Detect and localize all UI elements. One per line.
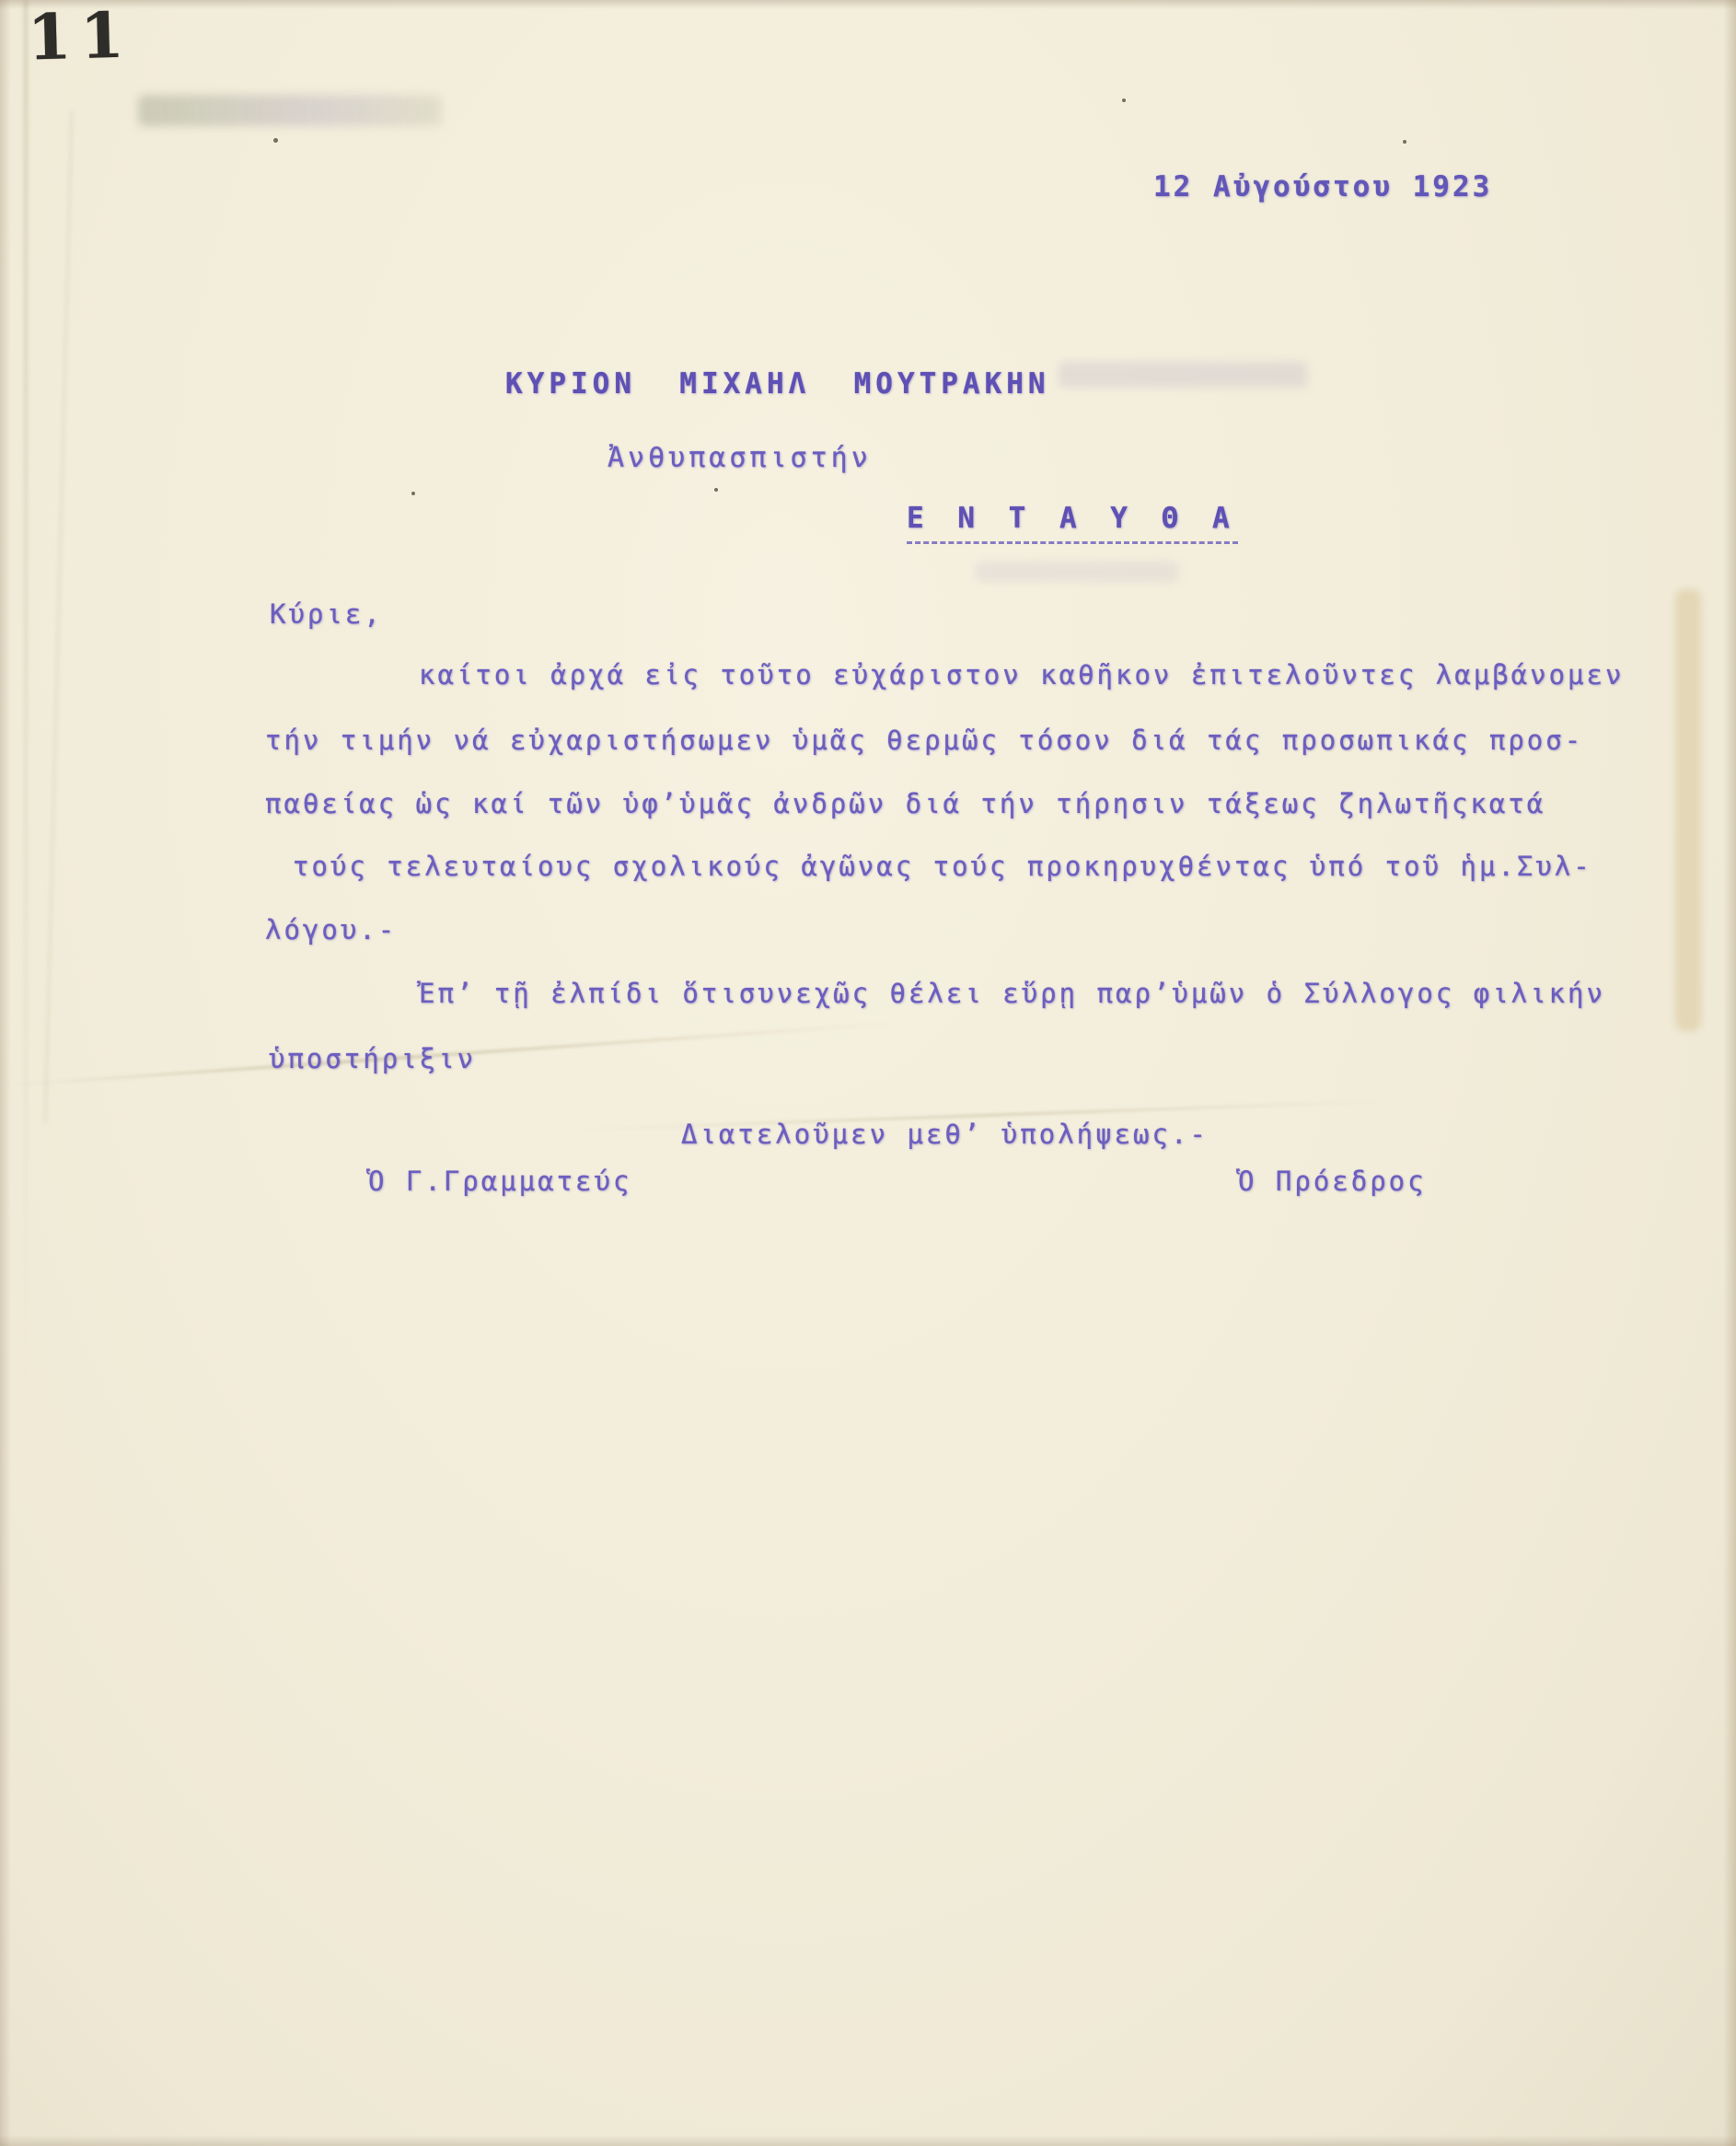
recipient-location-entautha: Ε Ν Τ Α Υ Θ Α <box>907 502 1238 544</box>
faded-ink-ghost <box>1059 362 1307 388</box>
faded-ink-ghost <box>976 562 1178 582</box>
handwritten-page-number: 11 <box>27 0 134 75</box>
letter-page: 11 12 Αὐγούστου 1923 ΚΥΡΙΟΝ ΜΙΧΑΗΛ ΜΟΥΤΡ… <box>0 0 1736 2146</box>
paper-speck <box>714 488 718 492</box>
date-line: 12 Αὐγούστου 1923 <box>1153 170 1492 203</box>
paper-speck <box>411 492 415 495</box>
signature-secretary: Ὁ Γ.Γραμματεύς <box>368 1166 631 1197</box>
paper-edge-shadow-left <box>0 0 11 2146</box>
body-line: λόγου.- <box>265 914 397 945</box>
signature-president: Ὁ Πρόεδρος <box>1238 1166 1427 1197</box>
closing-line: Διατελοῦμεν μεθ’ ὑπολήψεως.- <box>681 1119 1209 1150</box>
paper-speck <box>1403 140 1406 144</box>
paper-edge-shadow-bottom <box>0 2135 1736 2146</box>
paper-speck <box>1122 99 1126 102</box>
body-line: ὑποστήριξιν <box>269 1043 476 1074</box>
faded-ink-ghost <box>138 95 442 126</box>
paper-fold-mark <box>1675 589 1701 1031</box>
body-line: τούς τελευταίους σχολικούς ἀγῶνας τούς π… <box>293 851 1592 882</box>
paper-edge-shadow-top <box>0 0 1736 9</box>
paper-crease <box>44 110 74 1123</box>
paper-crease <box>24 0 28 1381</box>
recipient-title: Ἀνθυπασπιστήν <box>608 442 872 474</box>
salutation: Κύριε, <box>270 598 383 630</box>
paper-speck <box>273 138 278 143</box>
body-line: καίτοι ἀρχά εἰς τοῦτο εὐχάριστον καθῆκον… <box>419 659 1624 690</box>
paper-edge-shadow-right <box>1723 0 1736 2146</box>
body-line: τήν τιμήν νά εὐχαριστήσωμεν ὑμᾶς θερμῶς … <box>265 725 1583 756</box>
body-line: παθείας ὡς καί τῶν ὑφ’ὑμᾶς ἀνδρῶν διά τή… <box>265 788 1545 819</box>
body-line: Ἐπ’ τῇ ἐλπίδι ὅτισυνεχῶς θέλει εὕρῃ παρ’… <box>419 978 1605 1009</box>
recipient-name: ΚΥΡΙΟΝ ΜΙΧΑΗΛ ΜΟΥΤΡΑΚΗΝ <box>505 367 1050 400</box>
